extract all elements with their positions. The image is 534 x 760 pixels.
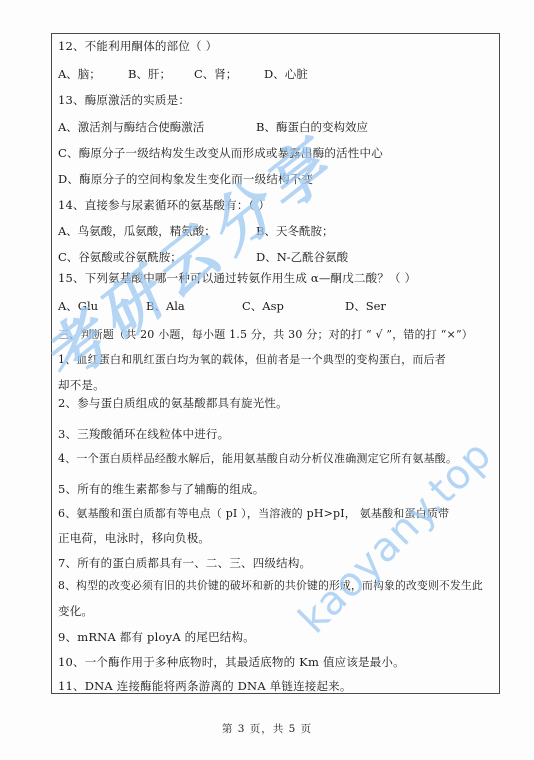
question-14-stem: 14、直接参与尿素循环的氨基酸有：（ ） bbox=[58, 198, 270, 212]
tf-item-9: 9、mRNA 都有 ployA 的尾巴结构。 bbox=[58, 630, 255, 644]
page-indicator: 第 3 页，共 5 页 bbox=[0, 721, 534, 736]
tf-item-8-line-1: 8、构型的改变必须有旧的共价键的破坏和新的共价键的形成，而构象的改变则不发生此 bbox=[58, 579, 483, 593]
tf-item-5: 5、所有的维生素都参与了辅酶的组成。 bbox=[58, 482, 264, 496]
question-15-option-b: B、Ala bbox=[146, 299, 185, 313]
tf-item-1-line-1: 1、血红蛋白和肌红蛋白均为氧的载体，但前者是一个典型的变构蛋白，而后者 bbox=[58, 353, 446, 367]
question-13-option-a: A、激活剂与酶结合使酶激活 bbox=[58, 120, 204, 134]
question-14-option-c: C、谷氨酸或谷氨酰胺； bbox=[58, 250, 182, 264]
question-12-option-d: D、心脏 bbox=[264, 67, 308, 81]
question-12-option-c: C、肾； bbox=[194, 67, 237, 81]
question-15-option-d: D、Ser bbox=[345, 299, 386, 313]
tf-item-6-line-1: 6、氨基酸和蛋白质都有等电点（ pI ），当溶液的 pH>pI， 氨基酸和蛋白质… bbox=[58, 507, 449, 521]
question-12-stem: 12、不能利用酮体的部位（ ） bbox=[58, 39, 217, 53]
tf-item-8-line-2: 变化。 bbox=[58, 604, 93, 618]
tf-item-6-line-2: 正电荷，电泳时，移向负极。 bbox=[58, 531, 210, 545]
question-13-option-d: D、酶原分子的空间构象发生变化而一级结构不变 bbox=[58, 172, 313, 186]
tf-item-7: 7、所有的蛋白质都具有一、二、三、四级结构。 bbox=[58, 556, 311, 570]
exam-content-box: 12、不能利用酮体的部位（ ） A、脑； B、肝； C、肾； D、心脏 13、酶… bbox=[51, 33, 500, 694]
question-14-option-d: D、N-乙酰谷氨酸 bbox=[256, 250, 348, 264]
tf-item-4: 4、一个蛋白质样品经酸水解后，能用氨基酸自动分析仪准确测定它所有氨基酸。 bbox=[58, 452, 457, 466]
tf-item-10: 10、一个酶作用于多种底物时，其最适底物的 Km 值应该是最小。 bbox=[58, 655, 405, 669]
tf-item-1-line-2: 却不是。 bbox=[58, 378, 105, 392]
question-15-option-a: A、Glu bbox=[58, 299, 98, 313]
question-13-option-c: C、酶原分子一级结构发生改变从而形成或暴露出酶的活性中心 bbox=[58, 146, 383, 160]
tf-item-2: 2、参与蛋白质组成的氨基酸都具有旋光性。 bbox=[58, 396, 288, 410]
tf-item-11: 11、DNA 连接酶能将两条游离的 DNA 单链连接起来。 bbox=[58, 679, 352, 693]
question-14-option-a: A、鸟氨酸，瓜氨酸，精氨酸； bbox=[58, 224, 216, 238]
question-12-option-b: B、肝； bbox=[128, 67, 171, 81]
question-12-option-a: A、脑； bbox=[58, 67, 101, 81]
question-13-option-b: B、酶蛋白的变构效应 bbox=[256, 120, 368, 134]
question-13-stem: 13、酶原激活的实质是： bbox=[58, 93, 190, 107]
exam-page: 12、不能利用酮体的部位（ ） A、脑； B、肝； C、肾； D、心脏 13、酶… bbox=[0, 0, 534, 760]
question-14-option-b: B、天冬酰胺； bbox=[256, 224, 333, 238]
question-15-option-c: C、Asp bbox=[242, 299, 284, 313]
tf-item-3: 3、三羧酸循环在线粒体中进行。 bbox=[58, 427, 229, 441]
section-three-heading: 三、判断题（共 20 小题，每小题 1.5 分，共 30 分；对的打 “ √ ”… bbox=[58, 328, 473, 342]
question-15-stem: 15、下列氨基酸中哪一种可以通过转氨作用生成 α—酮戊二酸？（ ） bbox=[58, 271, 416, 285]
